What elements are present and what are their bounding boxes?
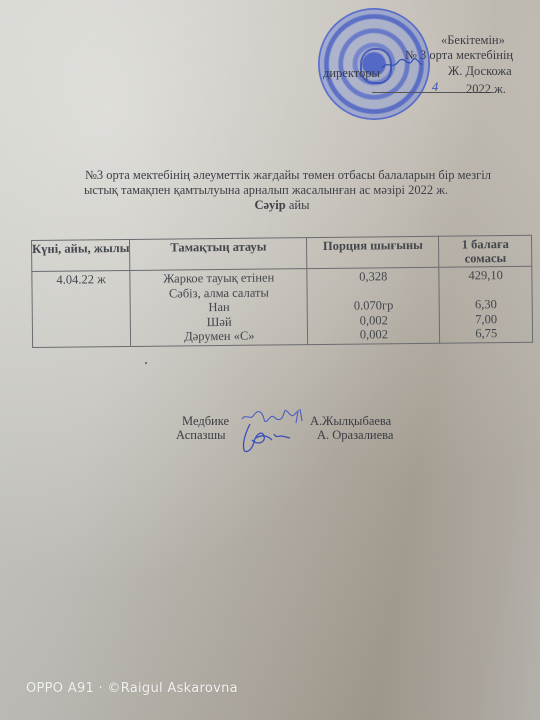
approval-year: 2022 ж. [466, 82, 506, 97]
header-sum: 1 балаға сомасы [439, 235, 532, 267]
approve-label: «Бекітемін» [441, 33, 505, 48]
header-date: Күні, айы, жылы [32, 239, 131, 271]
menu-table: Күні, айы, жылы Тамақтың атауы Порция шы… [31, 235, 533, 348]
portion-item [308, 283, 439, 299]
month-name: Сәуір [254, 198, 285, 212]
approval-block: «Бекітемін» № 3 орта мектебінің директор… [0, 0, 540, 120]
cook-role: Аспазшы [176, 428, 225, 443]
dish-item: Дәрумен «С» [131, 328, 307, 344]
header-dish: Тамақтың атауы [130, 238, 307, 271]
sum-item: 6,75 [440, 326, 532, 341]
title-month: Сәуір айы [12, 198, 540, 213]
title-line-1: №3 орта мектебінің әлеуметтік жағдайы тө… [18, 168, 540, 183]
sum-item: 6,30 [440, 297, 532, 312]
director-name: Ж. Доскожа [448, 64, 512, 79]
sum-item: 429,10 [440, 268, 532, 283]
month-suffix: айы [286, 198, 310, 212]
portion-item: 0,002 [308, 312, 439, 328]
portion-item: 0.070гр [308, 298, 439, 314]
header-portion: Порция шығыны [307, 236, 440, 268]
portion-item: 0,328 [308, 269, 439, 285]
cook-name: А. Оразалиева [317, 428, 393, 443]
director-label: директоры [323, 66, 380, 81]
cell-sums: 429,10 6,30 7,00 6,75 [439, 266, 532, 342]
cell-date: 4.04.22 ж [32, 270, 131, 347]
title-line-2: ыстық тамақпен қамтылуына арналып жасалы… [0, 183, 536, 198]
table-row: 4.04.22 ж Жаркое тауық етінен Сәбіз, алм… [32, 266, 533, 347]
nurse-name: А.Жылқыбаева [310, 414, 391, 429]
camera-watermark: OPPO A91 · ©Raigul Askarovna [26, 681, 238, 696]
nurse-role: Медбике [182, 414, 229, 429]
cook-signature-icon [236, 420, 294, 456]
date-handwritten: 4 [432, 80, 438, 95]
document-page: «Бекітемін» № 3 орта мектебінің директор… [0, 0, 540, 720]
director-signature-icon [380, 56, 424, 74]
ink-dot [145, 362, 147, 364]
portion-item: 0,002 [308, 327, 439, 343]
sum-item [440, 282, 532, 297]
cell-dishes: Жаркое тауық етінен Сәбіз, алма салаты Н… [130, 269, 308, 346]
sum-item: 7,00 [440, 311, 532, 326]
cell-portions: 0,328 0.070гр 0,002 0,002 [307, 267, 440, 344]
